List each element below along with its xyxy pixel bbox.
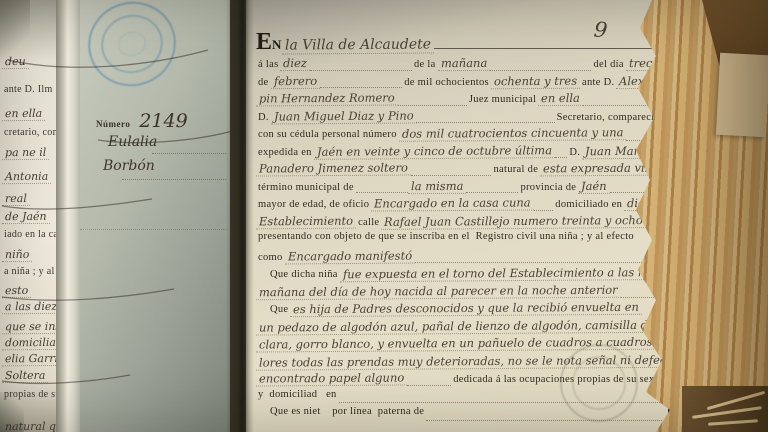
printed-text: á las <box>256 59 280 70</box>
numero-value: 2149 <box>139 110 187 132</box>
previous-page-text-fragment: domiciliada en <box>2 336 58 351</box>
previous-page-text-fragment: en ella <box>2 107 45 121</box>
handwritten-entry: dos mil cuatrocientos cincuenta y una <box>399 126 627 142</box>
form-line: Que dicha niñafue expuesta en el torno d… <box>256 266 662 284</box>
drop-cap-rest: N <box>272 37 282 52</box>
dotted-rule <box>80 228 226 230</box>
dotted-leader <box>411 174 492 176</box>
numero-label: Número <box>96 119 130 129</box>
form-line: expedida enJaén en veinte y cinco de oct… <box>256 144 662 162</box>
previous-page-edge: deuante D. Ilmen ellacretario, compapa n… <box>0 0 58 432</box>
form-line: término municipal dela mismaprovincia de… <box>256 179 662 197</box>
previous-page-text-fragment: pa ne il <box>2 146 49 160</box>
paper-strand <box>707 391 766 410</box>
previous-page-text-fragment: real <box>2 192 30 206</box>
handwritten-entry: Panadero Jimenez soltero <box>256 161 411 177</box>
handwritten-entry: pin Hernandez Romero <box>256 91 398 106</box>
printed-text: ante D. <box>580 77 616 88</box>
dotted-leader <box>555 156 568 158</box>
form-line: ENla Villa de Alcaudete <box>256 29 662 56</box>
printed-text: Juez municipal <box>467 94 538 105</box>
margin-name-surname: Borbón <box>103 158 155 174</box>
previous-page-text-fragment: esto <box>2 284 31 298</box>
paper-strand <box>708 419 758 425</box>
handwritten-entry: la Villa de Alcaudete <box>282 36 434 54</box>
blue-oval-ink-stamp-icon <box>80 0 187 98</box>
form-line: con su cédula personal númerodos mil cua… <box>256 126 662 144</box>
handwritten-entry: es hija de Padres desconocidos y que la … <box>290 301 642 317</box>
dotted-leader <box>320 86 403 88</box>
form-line: presentando con objeto de que se inscrib… <box>256 231 662 249</box>
handwritten-entry: fue expuesta en el torno del Establecimi… <box>340 266 662 282</box>
previous-page-text-fragment: de Jaén <box>2 210 50 224</box>
form-line: Panadero Jimenez solteronatural deesta e… <box>256 161 662 179</box>
dark-torn-corner <box>702 0 768 96</box>
drop-cap: EN <box>256 29 282 56</box>
printed-text: provincia de <box>518 182 578 193</box>
previous-page-text-fragment: niño <box>2 248 32 262</box>
printed-text: de mil ochocientos <box>402 77 491 88</box>
printed-text: como <box>256 252 285 263</box>
dotted-rule <box>152 152 226 154</box>
previous-page-text-fragment: cretario, compa <box>2 127 58 138</box>
printed-text: término municipal de <box>256 182 356 193</box>
printed-text: presentando con objeto de que se inscrib… <box>256 231 636 242</box>
handwritten-entry: ochenta y tres <box>491 74 580 89</box>
handwritten-entry: Encargado en la casa cuna <box>371 196 534 212</box>
dotted-leader <box>416 121 554 123</box>
printed-text: de <box>256 77 271 88</box>
repair-tape-piece <box>716 53 768 138</box>
handwritten-entry: Jaén en veinte y cinco de octubre última <box>314 144 555 160</box>
binding-gap-shadow <box>682 386 768 432</box>
form-line: mayor de edad, de oficioEncargado en la … <box>256 196 662 214</box>
previous-page-text-fragment: que se inscri <box>2 320 58 335</box>
dotted-leader <box>356 191 408 193</box>
previous-page-text-fragment: a niña ; y al ef <box>2 266 58 277</box>
printed-text: D. <box>256 112 271 123</box>
dotted-leader <box>310 69 412 71</box>
dotted-leader <box>583 104 652 106</box>
printed-text: natural de <box>491 164 540 175</box>
previous-page-text-fragment: Soltera <box>2 369 49 383</box>
paper-strand <box>692 406 762 419</box>
form-line: mañana del día de hoy nacida al parecer … <box>256 284 662 302</box>
handwritten-entry: Juan Miguel Diaz y Pino <box>271 109 417 125</box>
handwritten-entry: mañana del día de hoy nacida al parecer … <box>256 284 621 300</box>
printed-text: Que es niet por línea paterna de <box>268 406 426 417</box>
dotted-leader <box>490 69 592 71</box>
registry-number: Número 2149 <box>96 110 188 132</box>
previous-page-text-fragment: ante D. Ilm <box>2 84 55 95</box>
dotted-leader <box>415 261 662 263</box>
form-line: EstablecimientocalleRafael Juan Castille… <box>256 214 662 232</box>
handwritten-entry: mañana <box>438 56 490 71</box>
dotted-leader <box>466 191 518 193</box>
printed-text: expedida en <box>256 147 314 158</box>
previous-page-text-fragment: iado en la cas <box>2 229 58 240</box>
printed-text: calle <box>356 217 381 228</box>
drop-cap-letter: E <box>256 29 272 55</box>
previous-page-text-fragment: elia Garrido Se <box>2 352 58 367</box>
margin-name-first: Eulalia <box>108 134 157 150</box>
handwritten-entry: Encargado manifestó <box>284 249 414 264</box>
form-line: defebrerode mil ochocientosochenta y tre… <box>256 74 662 92</box>
form-line: un pedazo de algodón azul, pañal de lien… <box>256 319 662 337</box>
printed-text: Secretario, compareció <box>555 112 662 123</box>
printed-text: de la <box>412 59 438 70</box>
open-register-book-photo: deuante D. Ilmen ellacretario, compapa n… <box>0 0 768 432</box>
dotted-leader <box>534 209 553 211</box>
printed-text: D. <box>567 147 582 158</box>
handwritten-entry: encontrado papel alguno <box>256 371 407 387</box>
printed-text: con su cédula personal número <box>256 129 399 140</box>
dotted-rule <box>122 178 226 180</box>
handwritten-entry: en ella <box>538 91 583 106</box>
previous-page-text-fragment: a las diez de <box>2 300 58 315</box>
dotted-leader <box>407 384 451 386</box>
previous-page-text-fragment: propias de su se <box>2 389 58 400</box>
binding-gutter-shadow <box>226 0 254 432</box>
form-line: D.Juan Miguel Diaz y PinoSecretario, com… <box>256 109 662 127</box>
handwritten-entry: Jaén <box>578 179 610 194</box>
handwritten-entry: Establecimiento <box>256 214 356 229</box>
left-page: Número 2149 Eulalia Borbón <box>80 0 230 432</box>
handwritten-entry: Rafael Juan Castillejo numero treinta y … <box>381 214 646 230</box>
printed-text: y domiciliad en <box>256 389 339 400</box>
handwritten-entry: la misma <box>408 179 467 194</box>
previous-page-text-fragment: deu <box>2 55 29 69</box>
previous-page-text-fragment: natural que <box>2 420 58 432</box>
handwritten-entry: un pedazo de algodón azul, pañal de lien… <box>256 319 662 336</box>
dotted-leader <box>398 104 467 106</box>
dotted-leader <box>426 419 662 421</box>
handwritten-entry: diez <box>280 56 310 71</box>
form-line: comoEncargado manifestó <box>256 249 662 267</box>
printed-text: Que dicha niña <box>268 269 340 280</box>
page-curl-highlight <box>56 0 82 432</box>
printed-text: domiciliado en <box>553 199 624 210</box>
printed-text: mayor de edad, de oficio <box>256 199 371 210</box>
printed-text: del día <box>591 59 625 70</box>
form-line: á lasdiezde lamañanadel díatrece <box>256 56 662 74</box>
form-line: Quees hija de Padres desconocidos y que … <box>256 301 662 319</box>
faint-round-stamp-icon <box>560 344 638 422</box>
previous-page-text-fragment: Antonia <box>2 170 51 184</box>
right-page-form: 9 ENla Villa de Alcaudeteá lasdiezde lam… <box>246 0 668 432</box>
printed-text: Que <box>268 304 290 315</box>
handwritten-entry: febrero <box>270 74 319 89</box>
form-line: pin Hernandez RomeroJuez municipalen ell… <box>256 91 662 109</box>
ruled-line <box>434 48 662 49</box>
